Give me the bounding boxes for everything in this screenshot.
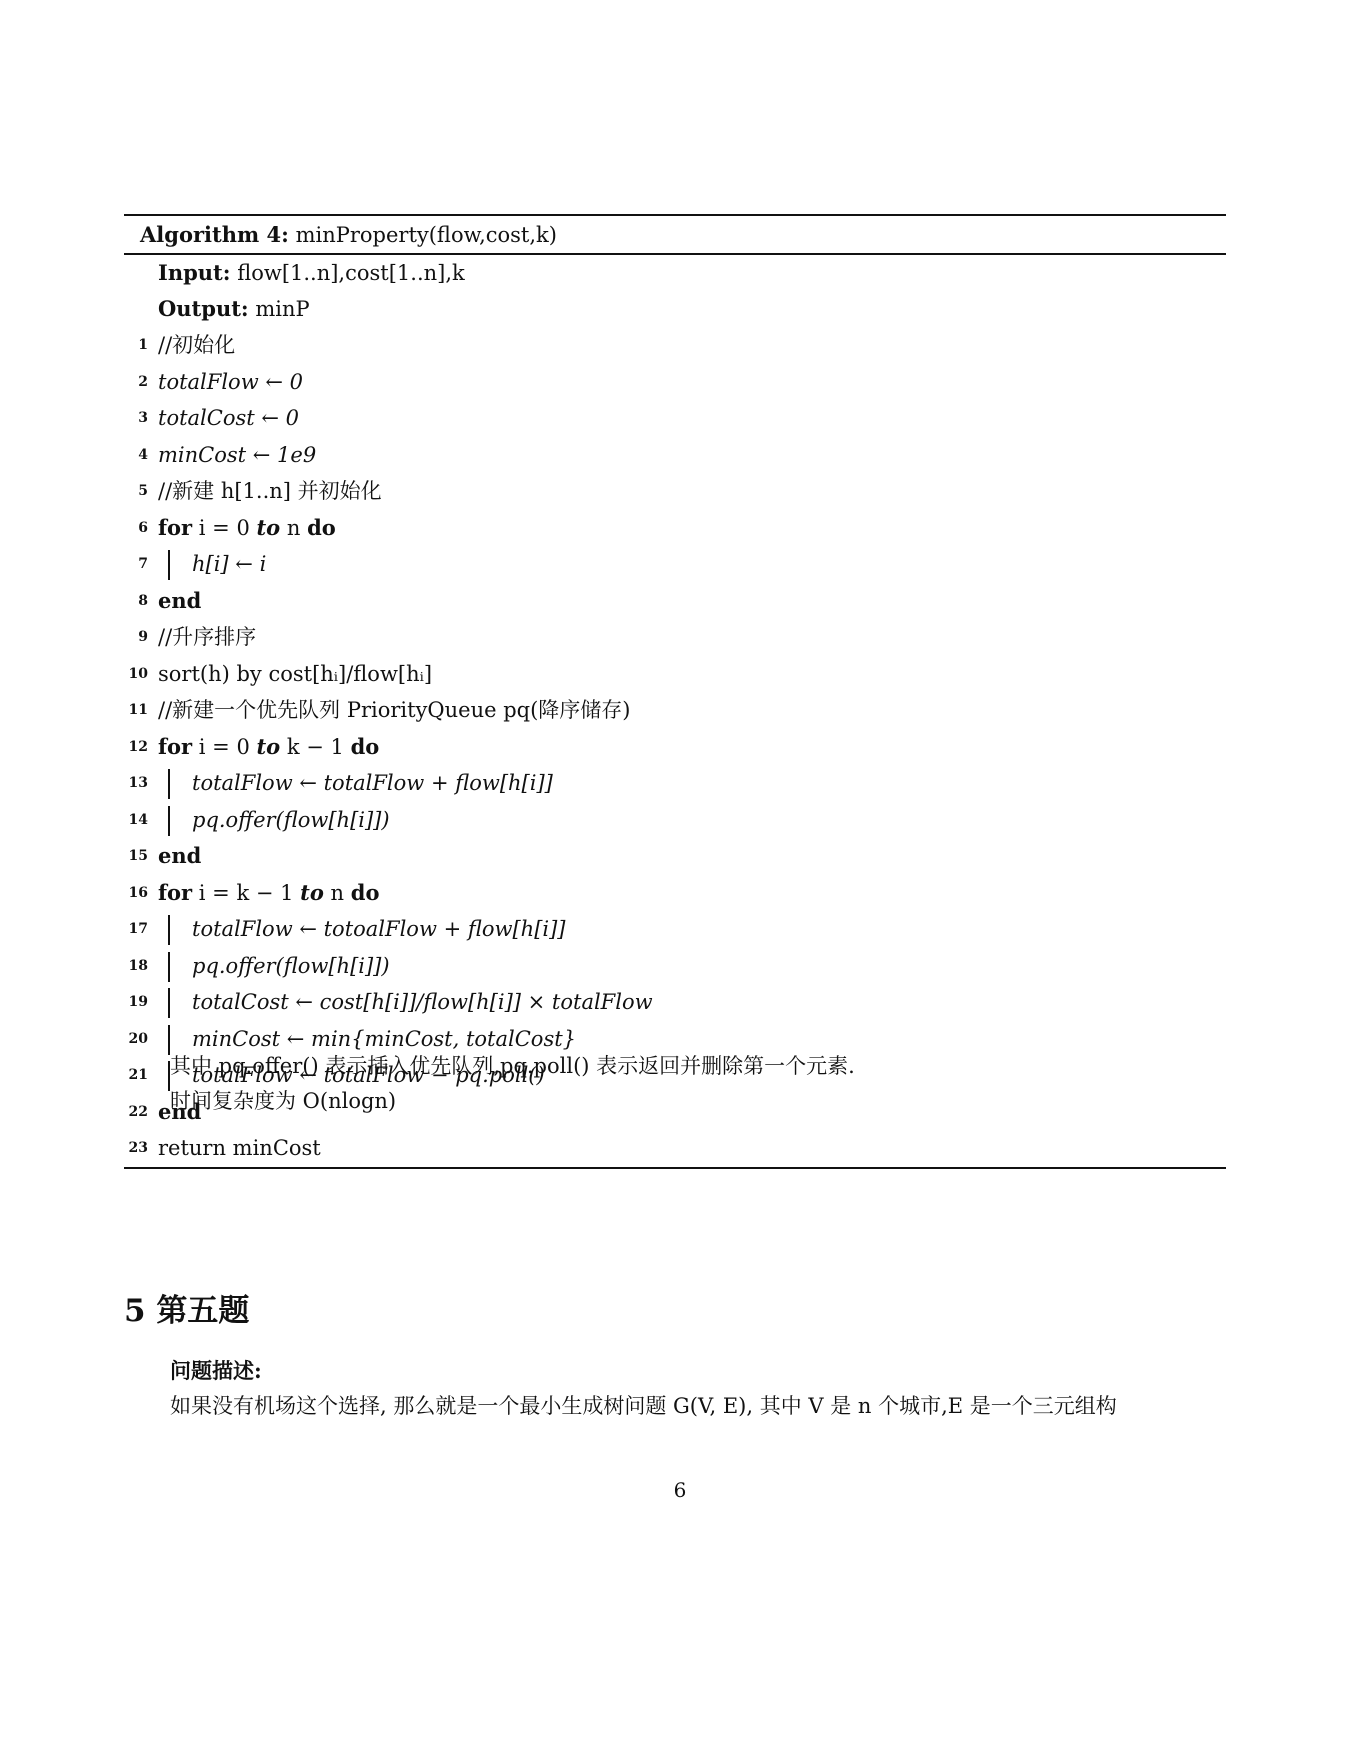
algorithm-line: 19totalCost ← cost[h[i]]/flow[h[i]] × to… — [124, 984, 1226, 1021]
line-number: 15 — [124, 838, 148, 875]
algorithm-line: 13totalFlow ← totalFlow + flow[h[i]] — [124, 765, 1226, 802]
line-code: //初始化 — [158, 327, 235, 364]
line-number: 21 — [124, 1057, 148, 1094]
line-code: end — [158, 583, 201, 620]
line-code: for i = k − 1 to n do — [158, 875, 379, 912]
line-number: 2 — [124, 364, 148, 401]
input-line: Input: flow[1..n],cost[1..n],k — [124, 255, 1226, 291]
line-code: //新建一个优先队列 PriorityQueue pq(降序储存) — [158, 692, 630, 729]
line-number: 1 — [124, 327, 148, 364]
algorithm-line: 10sort(h) by cost[hᵢ]/flow[hᵢ] — [124, 656, 1226, 693]
algorithm-line: 4minCost ← 1e9 — [124, 437, 1226, 474]
algorithm-line: 16for i = k − 1 to n do — [124, 875, 1226, 912]
line-code: totalFlow ← totoalFlow + flow[h[i]] — [192, 911, 566, 948]
algorithm-line: 15end — [124, 838, 1226, 875]
section-heading: 5 第五题 — [124, 1285, 249, 1330]
algorithm-line: 1//初始化 — [124, 327, 1226, 364]
line-number: 19 — [124, 984, 148, 1021]
page-number: 6 — [0, 1478, 1360, 1502]
input-label: Input: — [158, 260, 231, 285]
block-bar — [168, 550, 170, 580]
algorithm-line: 8end — [124, 583, 1226, 620]
bottom-rule — [124, 1167, 1226, 1169]
line-number: 12 — [124, 729, 148, 766]
block-bar — [168, 952, 170, 982]
line-code: totalFlow ← totalFlow + flow[h[i]] — [192, 765, 553, 802]
line-number: 16 — [124, 875, 148, 912]
note-line: 其中 pq.offer() 表示插入优先队列,pq.poll() 表示返回并删除… — [170, 1050, 855, 1080]
line-code: pq.offer(flow[h[i]]) — [192, 948, 390, 985]
line-code: totalFlow ← 0 — [158, 364, 303, 401]
line-code: totalCost ← cost[h[i]]/flow[h[i]] × tota… — [192, 984, 653, 1021]
algorithm-line: 2totalFlow ← 0 — [124, 364, 1226, 401]
algorithm-line: 18pq.offer(flow[h[i]]) — [124, 948, 1226, 985]
line-number: 10 — [124, 656, 148, 693]
output-value: minP — [255, 297, 309, 321]
line-code: pq.offer(flow[h[i]]) — [192, 802, 390, 839]
line-number: 6 — [124, 510, 148, 547]
output-line: Output: minP — [124, 291, 1226, 327]
line-code: return minCost — [158, 1130, 321, 1167]
algorithm-number: Algorithm 4: — [140, 222, 289, 247]
algorithm-line: 11//新建一个优先队列 PriorityQueue pq(降序储存) — [124, 692, 1226, 729]
algorithm-line: 9//升序排序 — [124, 619, 1226, 656]
algorithm-title: Algorithm 4: minProperty(flow,cost,k) — [124, 216, 1226, 253]
line-number: 7 — [124, 546, 148, 583]
line-number: 11 — [124, 692, 148, 729]
line-code: sort(h) by cost[hᵢ]/flow[hᵢ] — [158, 656, 432, 693]
line-number: 5 — [124, 473, 148, 510]
algorithm-line: 17totalFlow ← totoalFlow + flow[h[i]] — [124, 911, 1226, 948]
line-code: for i = 0 to k − 1 do — [158, 729, 379, 766]
line-number: 3 — [124, 400, 148, 437]
problem-heading: 问题描述: — [170, 1355, 262, 1385]
algorithm-line: 5//新建 h[1..n] 并初始化 — [124, 473, 1226, 510]
line-number: 4 — [124, 437, 148, 474]
algorithm-line: 6for i = 0 to n do — [124, 510, 1226, 547]
input-value: flow[1..n],cost[1..n],k — [237, 261, 465, 285]
algorithm-line: 7h[i] ← i — [124, 546, 1226, 583]
problem-text: 如果没有机场这个选择, 那么就是一个最小生成树问题 G(V, E), 其中 V … — [170, 1390, 1226, 1420]
line-code: minCost ← 1e9 — [158, 437, 316, 474]
line-number: 8 — [124, 583, 148, 620]
block-bar — [168, 915, 170, 945]
line-code: //新建 h[1..n] 并初始化 — [158, 473, 382, 510]
algorithm-block: Algorithm 4: minProperty(flow,cost,k) In… — [124, 214, 1226, 1169]
algorithm-line: 12for i = 0 to k − 1 do — [124, 729, 1226, 766]
line-code: h[i] ← i — [192, 546, 266, 583]
algorithm-line: 23return minCost — [124, 1130, 1226, 1167]
line-code: for i = 0 to n do — [158, 510, 336, 547]
line-number: 20 — [124, 1021, 148, 1058]
line-number: 17 — [124, 911, 148, 948]
output-label: Output: — [158, 296, 249, 321]
line-code: //升序排序 — [158, 619, 256, 656]
line-number: 14 — [124, 802, 148, 839]
line-code: totalCost ← 0 — [158, 400, 299, 437]
block-bar — [168, 988, 170, 1018]
line-number: 18 — [124, 948, 148, 985]
block-bar — [168, 769, 170, 799]
algorithm-line: 14pq.offer(flow[h[i]]) — [124, 802, 1226, 839]
line-code: end — [158, 838, 201, 875]
algorithm-line: 3totalCost ← 0 — [124, 400, 1226, 437]
line-number: 22 — [124, 1094, 148, 1131]
line-number: 13 — [124, 765, 148, 802]
line-number: 9 — [124, 619, 148, 656]
block-bar — [168, 806, 170, 836]
algorithm-lines: 1//初始化2totalFlow ← 03totalCost ← 04minCo… — [124, 327, 1226, 1167]
algorithm-name: minProperty(flow,cost,k) — [296, 223, 557, 247]
line-number: 23 — [124, 1130, 148, 1167]
complexity-line: 时间复杂度为 O(nlogn) — [170, 1085, 396, 1115]
